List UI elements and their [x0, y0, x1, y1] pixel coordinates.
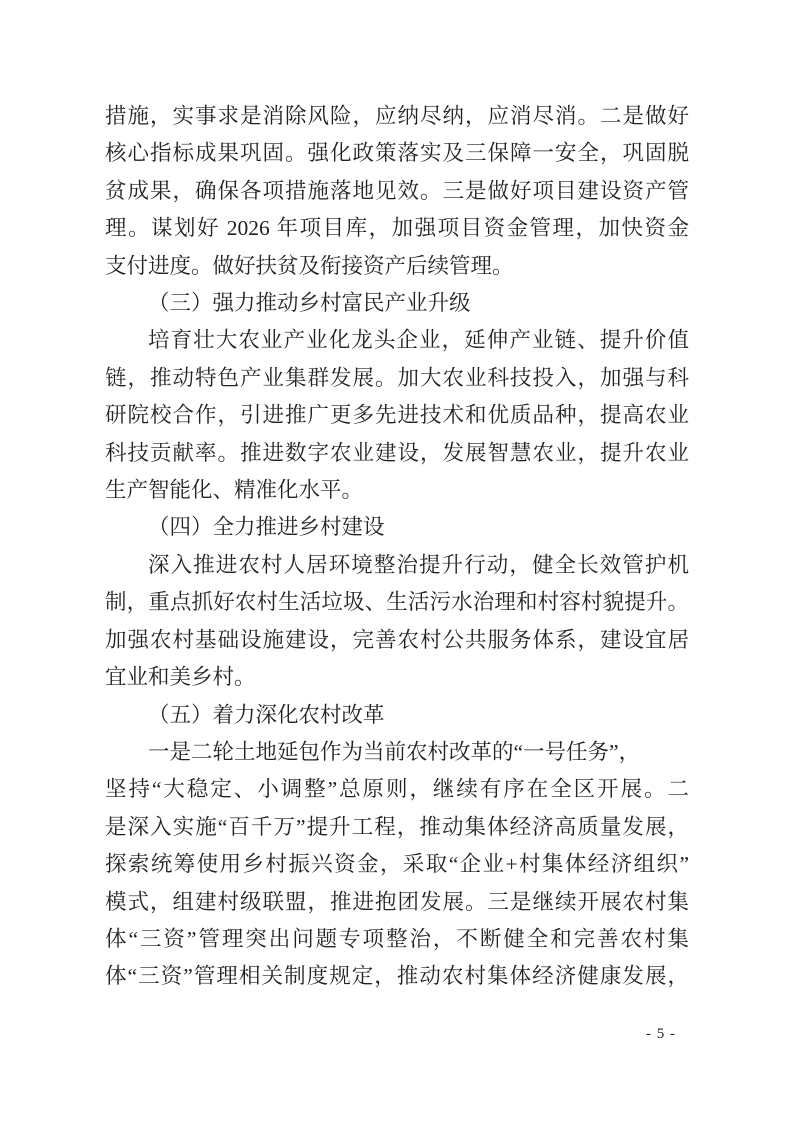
document-content: 措施，实事求是消除风险，应纳尽纳，应消尽消。二是做好核心指标成果巩固。强化政策落… — [105, 98, 689, 996]
text-line: 核心指标成果巩固。强化政策落实及三保障一安全，巩固脱 — [105, 135, 689, 172]
text-line: 体“三资”管理突出问题专项整治，不断健全和完善农村集 — [105, 921, 689, 958]
section-heading: （五）着力深化农村改革 — [105, 697, 689, 734]
text-line: 体“三资”管理相关制度规定，推动农村集体经济健康发展， — [105, 958, 689, 995]
section-heading: （三）强力推动乡村富民产业升级 — [105, 285, 689, 322]
text-line: 培育壮大农业产业化龙头企业，延伸产业链、提升价值 — [105, 322, 689, 359]
text-line: 加强农村基础设施建设，完善农村公共服务体系，建设宜居 — [105, 622, 689, 659]
text-line: 生产智能化、精准化水平。 — [105, 472, 689, 509]
text-line: 研院校合作，引进推广更多先进技术和优质品种，提高农业 — [105, 397, 689, 434]
text-line: 措施，实事求是消除风险，应纳尽纳，应消尽消。二是做好 — [105, 98, 689, 135]
text-line: 制，重点抓好农村生活垃圾、生活污水治理和村容村貌提升。 — [105, 584, 689, 621]
text-line: 宜业和美乡村。 — [105, 659, 689, 696]
text-line: 支付进度。做好扶贫及衔接资产后续管理。 — [105, 248, 689, 285]
text-line: 是深入实施“百千万”提升工程，推动集体经济高质量发展， — [105, 809, 689, 846]
page-number: - 5 - — [646, 1026, 676, 1043]
text-line: 理。谋划好 2026 年项目库，加强项目资金管理，加快资金 — [105, 210, 689, 247]
text-line: 深入推进农村人居环境整治提升行动，健全长效管护机 — [105, 547, 689, 584]
text-line: 坚持“大稳定、小调整”总原则，继续有序在全区开展。二 — [105, 771, 689, 808]
section-heading: （四）全力推进乡村建设 — [105, 509, 689, 546]
text-line: 贫成果，确保各项措施落地见效。三是做好项目建设资产管 — [105, 173, 689, 210]
document-page: 措施，实事求是消除风险，应纳尽纳，应消尽消。二是做好核心指标成果巩固。强化政策落… — [0, 0, 794, 1122]
text-line: 科技贡献率。推进数字农业建设，发展智慧农业，提升农业 — [105, 435, 689, 472]
text-line: 链，推动特色产业集群发展。加大农业科技投入，加强与科 — [105, 360, 689, 397]
text-line: 一是二轮土地延包作为当前农村改革的“一号任务”， — [105, 734, 689, 771]
text-line: 探索统筹使用乡村振兴资金，采取“企业+村集体经济组织” — [105, 846, 689, 883]
text-line: 模式，组建村级联盟，推进抱团发展。三是继续开展农村集 — [105, 884, 689, 921]
